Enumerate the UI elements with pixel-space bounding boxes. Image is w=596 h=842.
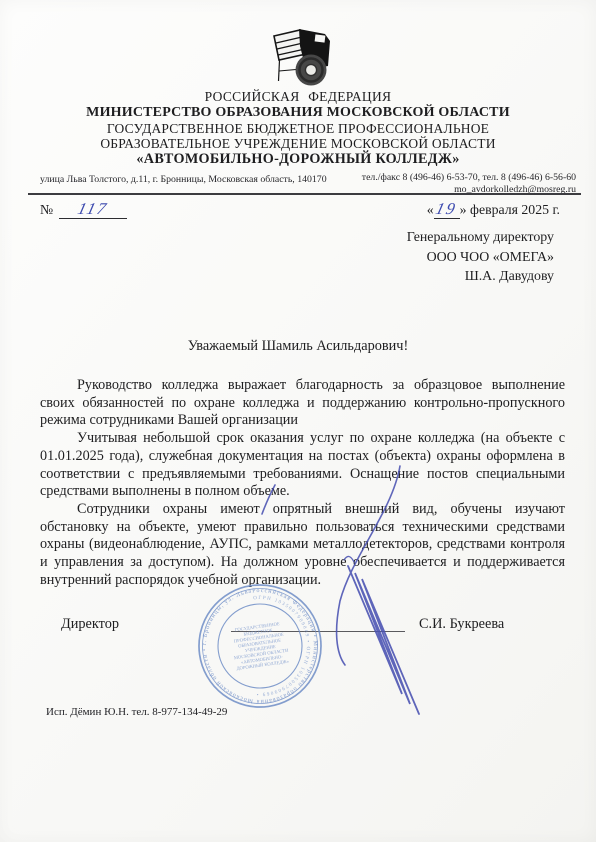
ministry-line: МИНИСТЕРСТВО ОБРАЗОВАНИЯ МОСКОВСКОЙ ОБЛА… bbox=[0, 105, 596, 121]
country-line: РОССИЙСКАЯ ФЕДЕРАЦИЯ bbox=[0, 89, 596, 105]
addressee-person: Ш.А. Давудову bbox=[407, 267, 554, 287]
date-suffix: февраля 2025 г. bbox=[470, 202, 560, 217]
official-round-stamp: Российская Федерация • Министерство обра… bbox=[187, 573, 334, 720]
handwritten-day: 19 bbox=[435, 202, 459, 216]
quote-close: » bbox=[460, 202, 467, 217]
org-type-line-2: ОБРАЗОВАТЕЛЬНОЕ УЧРЕЖДЕНИЕ МОСКОВСКОЙ ОБ… bbox=[0, 136, 596, 152]
handwritten-number: 117 bbox=[77, 202, 110, 216]
letterhead-divider bbox=[28, 193, 581, 195]
letter-date: «19» февраля 2025 г. bbox=[427, 202, 560, 219]
college-name: «АВТОМОБИЛЬНО-ДОРОЖНЫЙ КОЛЛЕДЖ» bbox=[0, 152, 596, 168]
contact-strip: улица Льва Толстого, д.11, г. Бронницы, … bbox=[40, 172, 576, 195]
signer-title: Директор bbox=[61, 616, 119, 633]
letter-body: Руководство колледжа выражает благодарно… bbox=[40, 377, 565, 589]
postal-address: улица Льва Толстого, д.11, г. Бронницы, … bbox=[40, 172, 360, 195]
quote-open: « bbox=[427, 202, 434, 217]
day-blank: 19 bbox=[434, 202, 460, 219]
org-type-line-1: ГОСУДАРСТВЕННОЕ БЮДЖЕТНОЕ ПРОФЕССИОНАЛЬН… bbox=[0, 121, 596, 137]
number-blank: 117 bbox=[59, 202, 127, 219]
phone-numbers: тел./факс 8 (496-46) 6-53-70, тел. 8 (49… bbox=[362, 172, 576, 184]
addressee-block: Генеральному директору ООО ЧОО «ОМЕГА» Ш… bbox=[407, 228, 554, 287]
contact-right-block: тел./факс 8 (496-46) 6-53-70, тел. 8 (49… bbox=[362, 172, 576, 195]
number-label: № bbox=[40, 202, 53, 217]
road-roller-icon bbox=[254, 26, 342, 88]
scanned-letter-page: РОССИЙСКАЯ ФЕДЕРАЦИЯ МИНИСТЕРСТВО ОБРАЗО… bbox=[0, 0, 596, 842]
paragraph-documentation: Учитывая небольшой срок оказания услуг п… bbox=[40, 430, 565, 501]
salutation: Уважаемый Шамиль Асильдарович! bbox=[0, 338, 596, 355]
executor-info: Исп. Дёмин Ю.Н. тел. 8-977-134-49-29 bbox=[46, 706, 227, 718]
reference-row: №117 «19» февраля 2025 г. bbox=[40, 198, 560, 224]
paragraph-gratitude: Руководство колледжа выражает благодарно… bbox=[40, 377, 565, 430]
addressee-position: Генеральному директору bbox=[407, 228, 554, 248]
outgoing-number: №117 bbox=[40, 202, 127, 219]
letterhead: РОССИЙСКАЯ ФЕДЕРАЦИЯ МИНИСТЕРСТВО ОБРАЗО… bbox=[0, 89, 596, 168]
signer-name: С.И. Букреева bbox=[419, 616, 504, 633]
addressee-company: ООО ЧОО «ОМЕГА» bbox=[407, 248, 554, 268]
college-logo bbox=[254, 26, 342, 93]
